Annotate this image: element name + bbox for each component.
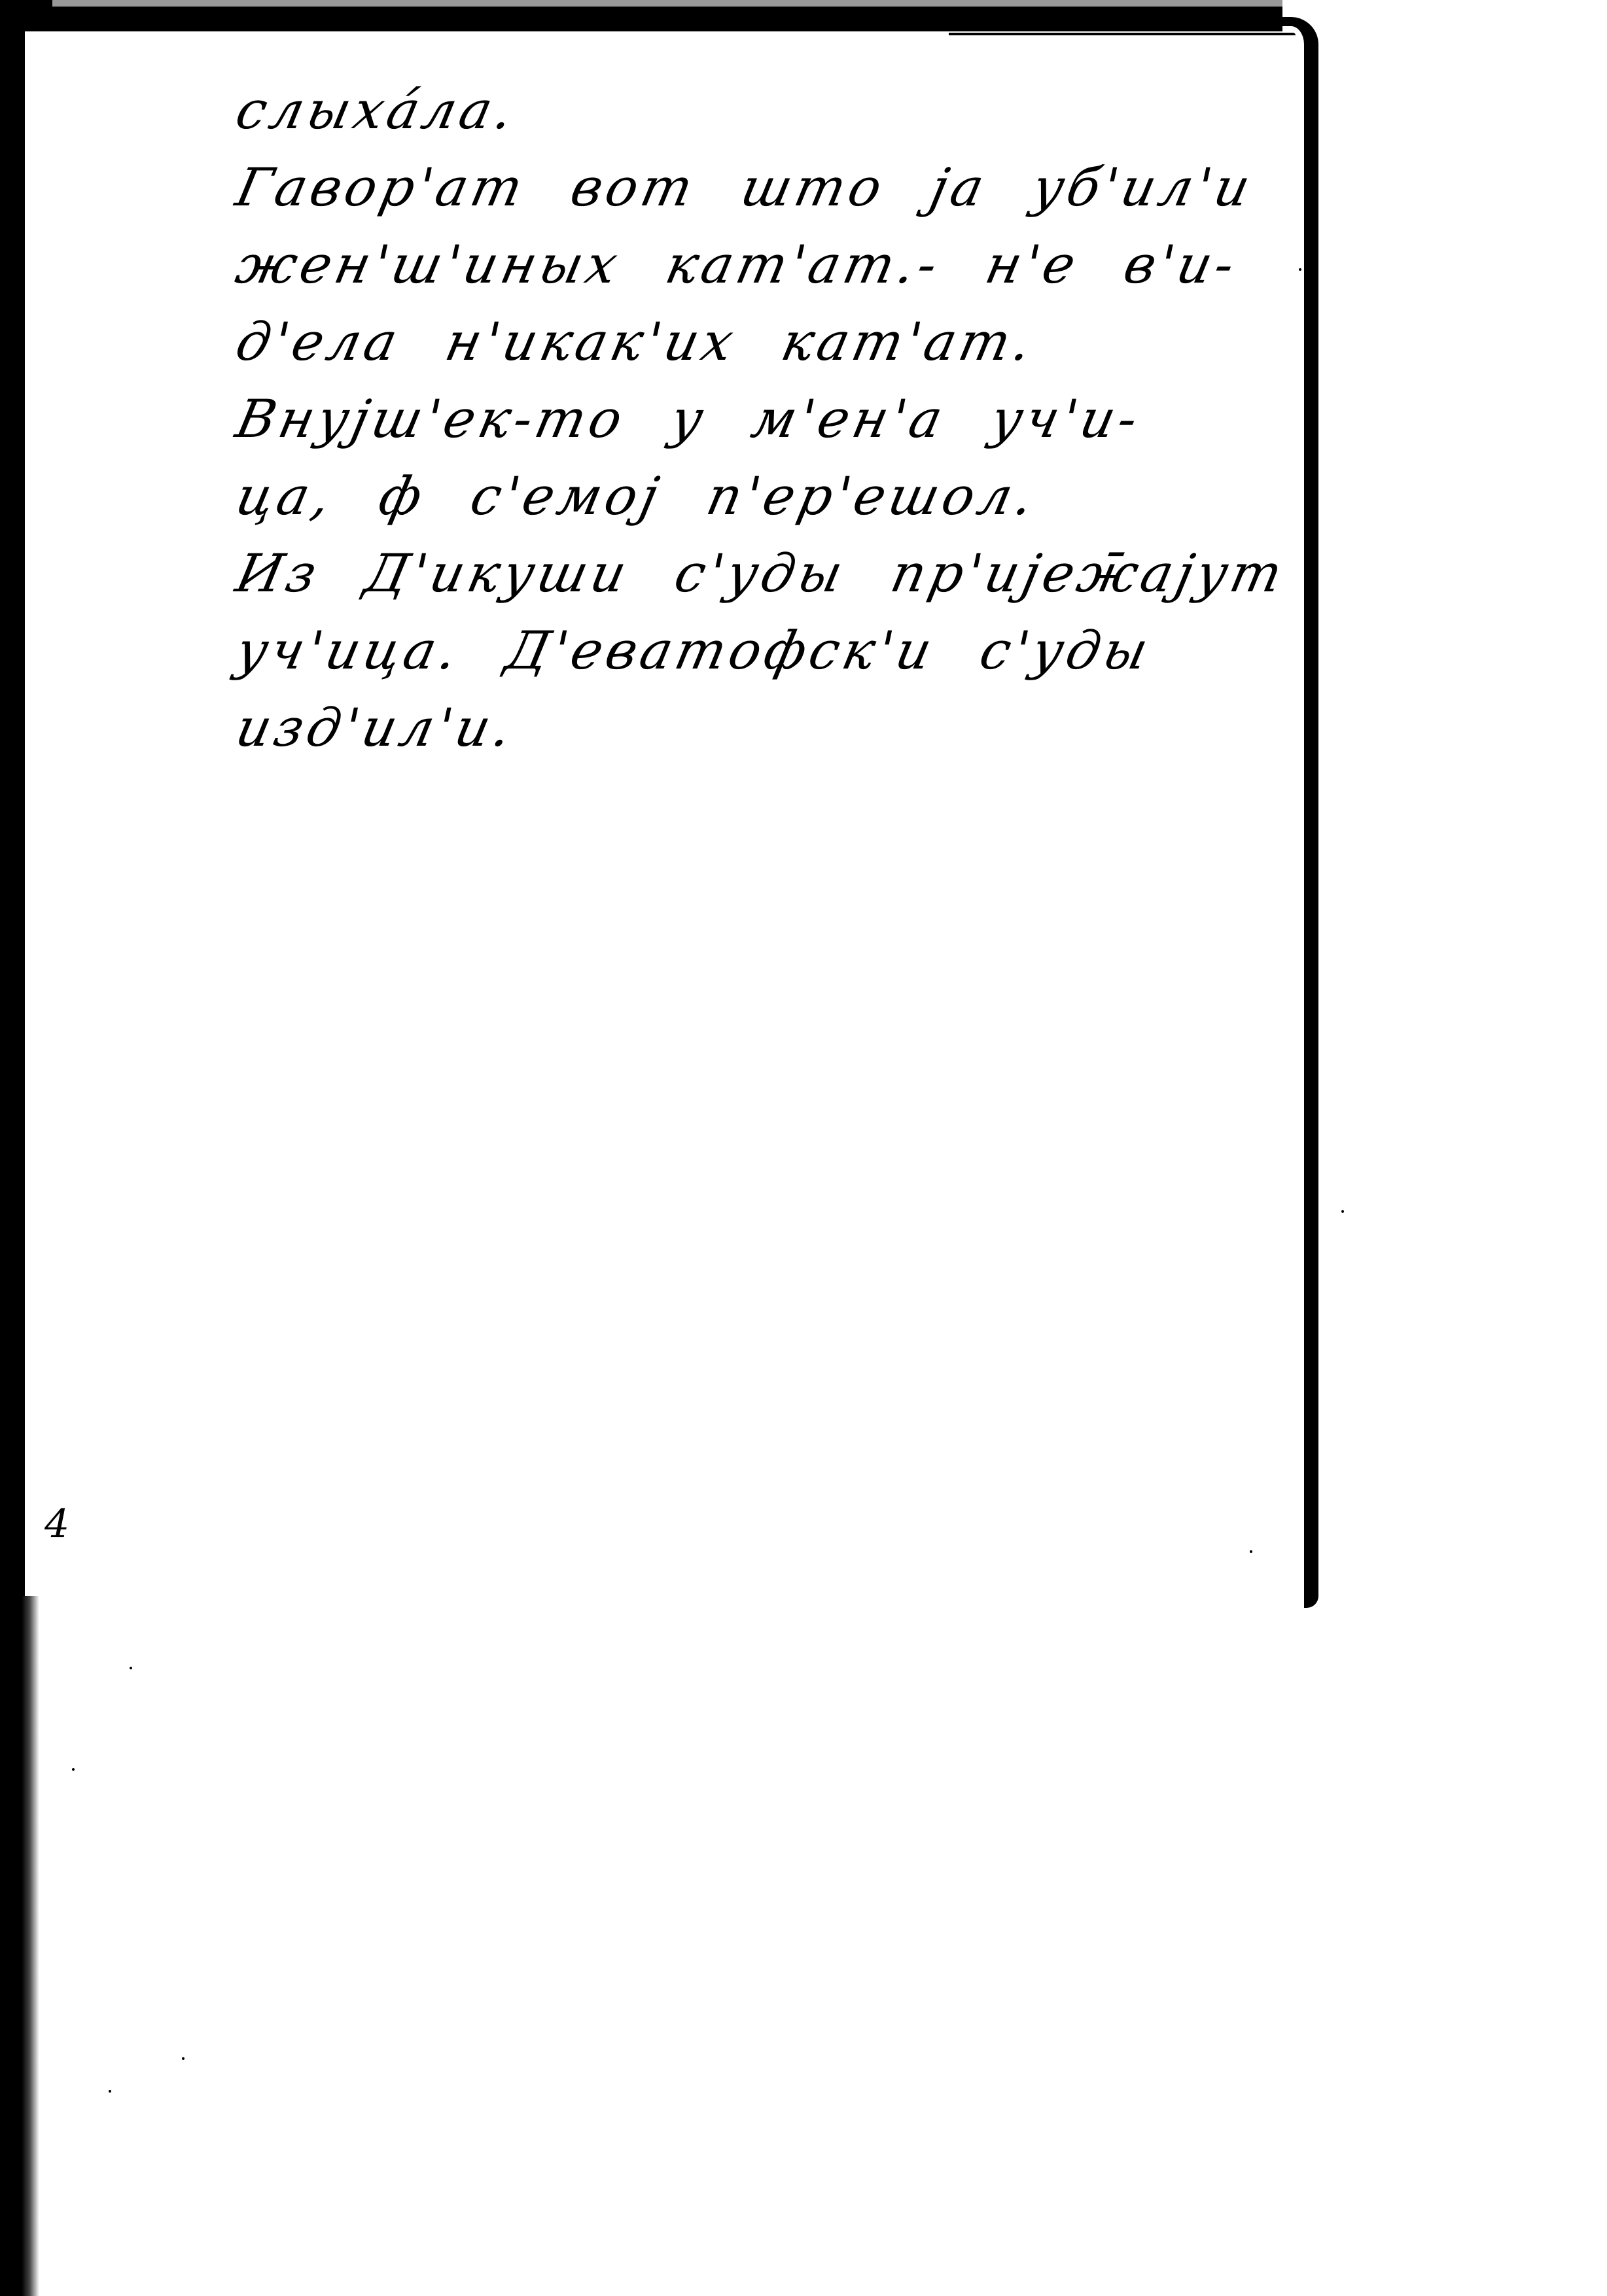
scan-speck: [130, 1667, 132, 1669]
notebook-cover-inner-line: [949, 33, 1296, 35]
text-line: жен'ш'иных кат'ат.- н'е в'и-: [229, 226, 1292, 304]
scan-edge-top-highlight: [52, 0, 1282, 7]
scan-speck: [1341, 1210, 1344, 1213]
scan-speck: [182, 2057, 185, 2060]
scan-speck: [1250, 1550, 1252, 1553]
scan-speck: [1248, 566, 1251, 568]
scan-edge-left-shadow: [0, 1596, 39, 2296]
scan-speck: [109, 2090, 111, 2093]
text-line: Внујш'ек-то у м'ен'а уч'и-: [229, 381, 1292, 458]
text-line: уч'ица. Д'еватофск'и с'уды: [229, 612, 1292, 689]
text-line: Из Д'икуши с'уды пр'ијеж̄ајут: [229, 535, 1292, 612]
text-line: ца, ф с'емој п'ер'ешол.: [229, 458, 1292, 535]
text-line: слыха́ла.: [229, 72, 1292, 149]
text-line: изд'ил'и.: [229, 689, 1292, 767]
page-number: 4: [44, 1501, 69, 1547]
scan-speck: [1299, 268, 1301, 271]
scan-edge-left: [0, 0, 25, 1596]
handwritten-text: слыха́ла. Гавор'ат вот што ја уб'ил'и же…: [229, 72, 1276, 767]
text-line: д'ела н'икак'их кат'ат.: [229, 304, 1292, 381]
scan-speck: [72, 1768, 75, 1771]
text-line: Гавор'ат вот што ја уб'ил'и: [229, 149, 1292, 226]
